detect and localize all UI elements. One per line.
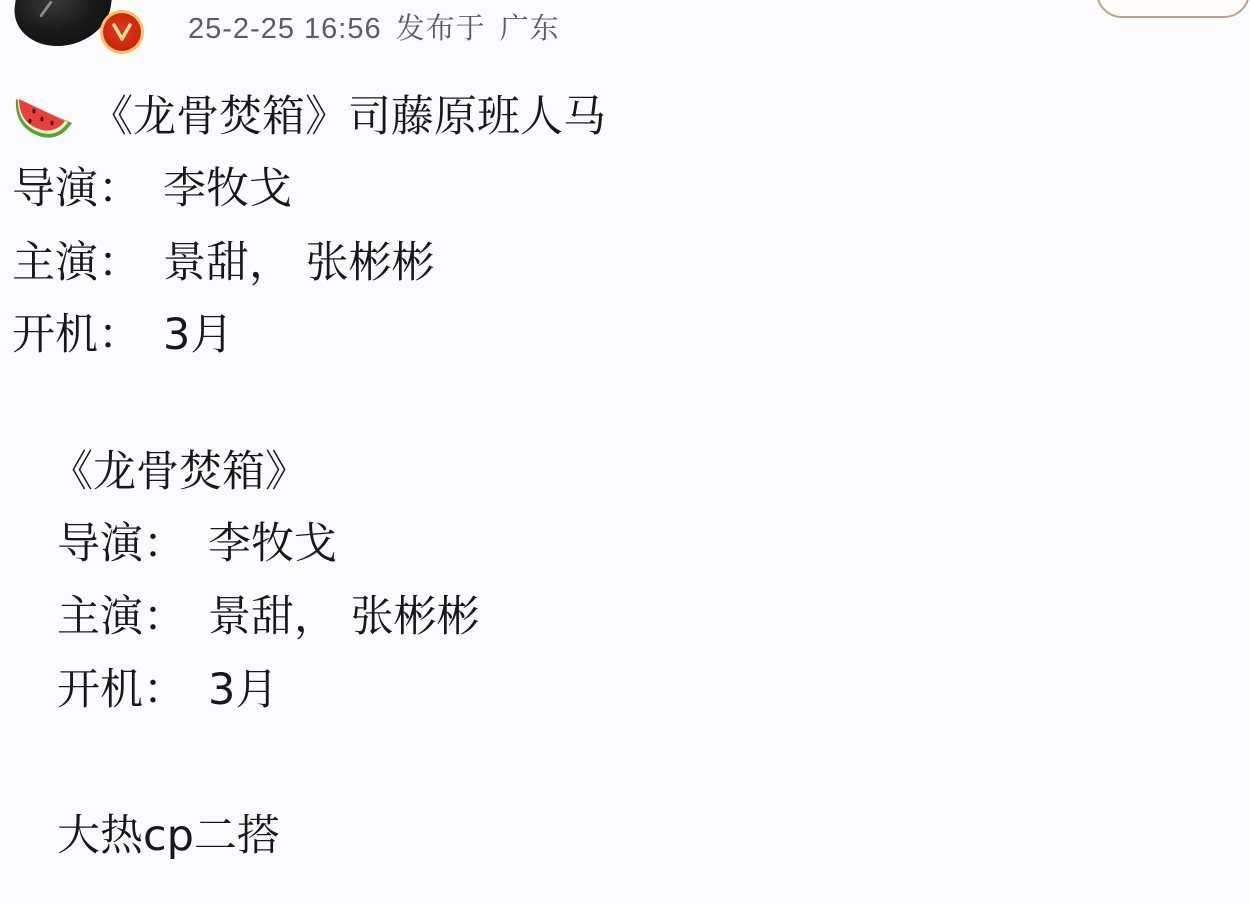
director-value-2: 李牧戈 [208,518,337,570]
cast-value: 景甜， 张彬彬 [163,237,435,289]
director-label-2: 导演： [57,518,186,570]
cast-label: 主演： [12,237,141,289]
publish-label: 发布于 [396,13,486,45]
avatar[interactable] [9,0,115,46]
start-value: 3月 [163,309,233,361]
post-tagline: 大热cp二搭 [57,810,280,862]
director-label: 导演： [12,163,141,215]
watermelon-icon [12,93,74,141]
cast-line-2: 主演：景甜， 张彬彬 [57,591,480,643]
block2-title: 《龙骨焚箱》 [50,446,308,498]
cast-label-2: 主演： [57,591,186,643]
post-location: 广东 [500,13,560,45]
cast-value-2: 景甜， 张彬彬 [208,591,480,643]
v-glyph-icon [112,23,132,41]
director-line: 导演：李牧戈 [12,163,292,215]
start-line-2: 开机：3月 [57,664,278,716]
post-title: 《龙骨焚箱》司藤原班人马 [90,91,606,143]
post-meta: 25-2-25 16:56发布于广东 [188,6,574,47]
start-value-2: 3月 [208,664,278,716]
post-title-line: 《龙骨焚箱》司藤原班人马 [12,91,606,143]
post-header: 25-2-25 16:56发布于广东 [0,0,1250,60]
start-line: 开机：3月 [12,309,233,361]
cast-line: 主演：景甜， 张彬彬 [12,237,435,289]
start-label: 开机： [12,309,141,361]
start-label-2: 开机： [57,664,186,716]
follow-button[interactable] [1096,0,1250,18]
post-timestamp: 25-2-25 16:56 [188,13,382,45]
director-value: 李牧戈 [163,163,292,215]
verified-v-icon [103,13,141,51]
director-line-2: 导演：李牧戈 [57,518,337,570]
